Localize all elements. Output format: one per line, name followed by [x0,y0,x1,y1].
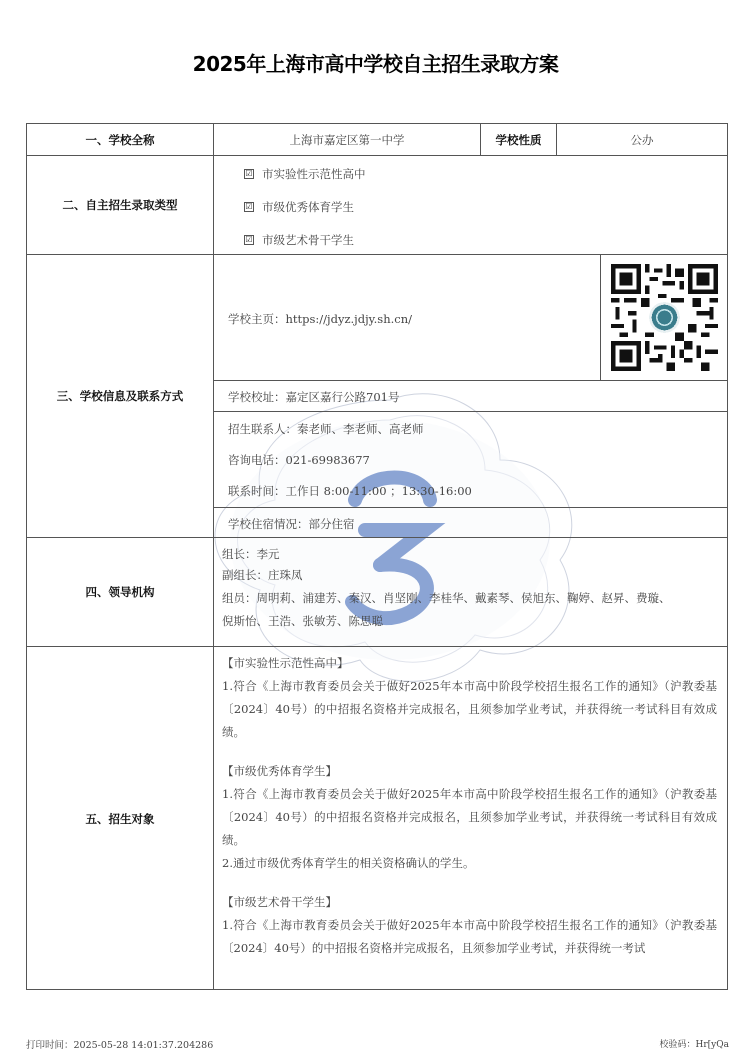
admission-type-label: 市实验性示范性高中 [262,166,366,182]
members-line-2: 倪斯怡、王浩、张敏芳、陈思聪 [222,611,719,632]
checkbox-checked-icon: ☑ [244,169,254,179]
admission-targets-label: 五、招生对象 [27,647,214,990]
checksum: 校验码：Hr[yQa [660,1037,730,1050]
admission-type-label: 市级优秀体育学生 [262,199,354,215]
dorm-row: 学校住宿情况：部分住宿 [214,508,727,538]
row-admission-types: 二、自主招生录取类型 ☑ 市实验性示范性高中 ☑ 市级优秀体育学生 ☑ 市级艺术… [27,156,727,255]
school-address: 学校校址：嘉定区嘉行公路701号 [228,389,399,405]
row-school-name: 一、学校全称 上海市嘉定区第一中学 学校性质 公办 [27,124,727,156]
deputy-leader: 副组长：庄珠凤 [222,565,719,586]
consult-phone: 咨询电话：021-69983677 [228,452,370,468]
members-line-1: 组员：周明莉、浦建芳、秦汉、肖坚刚、李桂华、戴素琴、侯旭东、鞠婷、赵昇、费璇、 [222,588,719,609]
admission-type-item: ☑ 市级优秀体育学生 [244,199,354,215]
school-nature-label: 学校性质 [481,124,557,155]
admission-types-label: 二、自主招生录取类型 [27,156,214,254]
row-leadership: 四、领导机构 组长：李元 副组长：庄珠凤 组员：周明莉、浦建芳、秦汉、肖坚刚、李… [27,538,727,647]
target-group-heading: 【市级艺术骨干学生】 [222,891,717,914]
dorm-info: 学校住宿情况：部分住宿 [228,516,355,532]
admission-type-item: ☑ 市实验性示范性高中 [244,166,366,182]
target-group-arts: 【市级艺术骨干学生】 1.符合《上海市教育委员会关于做好2025年本市高中阶段学… [222,891,717,960]
target-group-demonstration: 【市实验性示范性高中】 1.符合《上海市教育委员会关于做好2025年本市高中阶段… [222,652,717,744]
school-name-value: 上海市嘉定区第一中学 [214,124,481,155]
row-school-info: 三、学校信息及联系方式 学校主页：https://jdyz.jdjy.sh.cn… [27,255,727,538]
row-admission-targets: 五、招生对象 【市实验性示范性高中】 1.符合《上海市教育委员会关于做好2025… [27,647,727,990]
admission-type-item: ☑ 市级艺术骨干学生 [244,232,354,248]
school-name-label: 一、学校全称 [27,124,214,155]
school-info-label: 三、学校信息及联系方式 [27,255,214,537]
admission-type-label: 市级艺术骨干学生 [262,232,354,248]
qr-code-icon [611,264,718,371]
checkbox-checked-icon: ☑ [244,202,254,212]
leadership-label: 四、领导机构 [27,538,214,646]
checkbox-checked-icon: ☑ [244,235,254,245]
target-group-heading: 【市级优秀体育学生】 [222,760,717,783]
address-row: 学校校址：嘉定区嘉行公路701号 [214,381,727,412]
target-group-item: 1.符合《上海市教育委员会关于做好2025年本市高中阶段学校招生报名工作的通知》… [222,914,717,960]
contact-row: 招生联系人：秦老师、李老师、高老师 咨询电话：021-69983677 联系时间… [214,412,727,508]
school-homepage[interactable]: 学校主页：https://jdyz.jdjy.sh.cn/ [228,311,412,327]
enrollment-contacts: 招生联系人：秦老师、李老师、高老师 [228,421,424,437]
group-leader: 组长：李元 [222,544,719,565]
target-group-item: 1.符合《上海市教育委员会关于做好2025年本市高中阶段学校招生报名工作的通知》… [222,675,717,744]
contact-hours: 联系时间：工作日 8:00-11:00 ；13:30-16:00 [228,483,472,499]
print-time: 打印时间：2025-05-28 14:01:37.204286 [26,1037,213,1051]
homepage-row: 学校主页：https://jdyz.jdjy.sh.cn/ [214,255,727,381]
school-nature-value: 公办 [557,124,727,155]
admission-plan-table: 一、学校全称 上海市嘉定区第一中学 学校性质 公办 二、自主招生录取类型 ☑ 市… [26,123,728,990]
target-group-heading: 【市实验性示范性高中】 [222,652,717,675]
document-title: 2025年上海市高中学校自主招生录取方案 [0,48,751,77]
target-group-sports: 【市级优秀体育学生】 1.符合《上海市教育委员会关于做好2025年本市高中阶段学… [222,760,717,875]
target-group-item: 1.符合《上海市教育委员会关于做好2025年本市高中阶段学校招生报名工作的通知》… [222,783,717,852]
target-group-item: 2.通过市级优秀体育学生的相关资格确认的学生。 [222,852,717,875]
